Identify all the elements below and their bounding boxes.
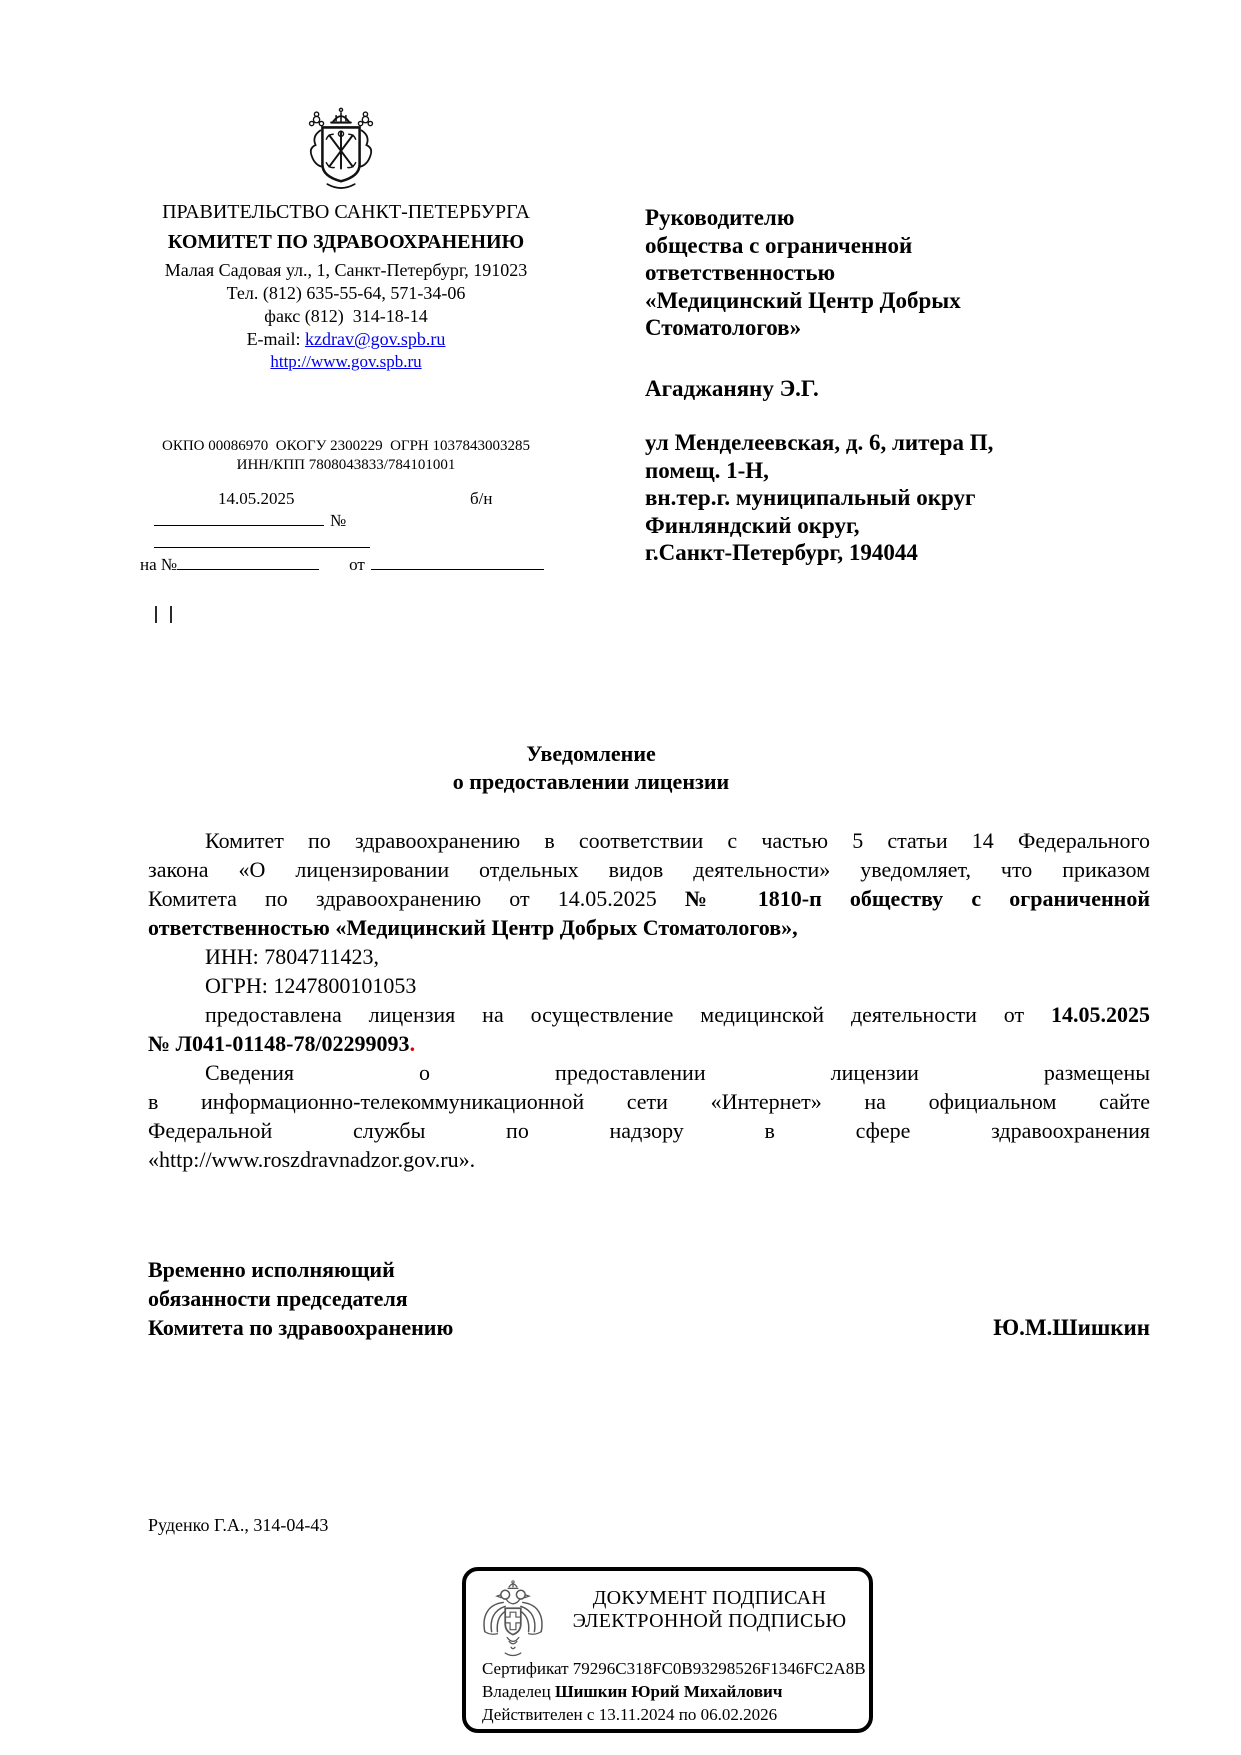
body-text-segment: предоставлена лицензия на осуществление … — [205, 1002, 1051, 1027]
letterhead-phone: Тел. (812) 635-55-64, 571-34-06 — [128, 283, 564, 304]
text-line: обязанности председателя — [148, 1284, 1150, 1313]
email-link[interactable]: kzdrav@gov.spb.ru — [305, 329, 445, 349]
addressee-org: Руководителюобщества с ограниченнойответ… — [645, 204, 1165, 342]
body-line: Комитета по здравоохранению от 14.05.202… — [148, 884, 1150, 913]
government-name: ПРАВИТЕЛЬСТВО САНКТ-ПЕТЕРБУРГА — [128, 201, 564, 224]
body-line: предоставлена лицензия на осуществление … — [148, 1000, 1150, 1029]
email-label: E-mail: — [247, 329, 305, 349]
text-line: г.Санкт-Петербург, 194044 — [645, 539, 1165, 567]
body-text-segment: в информационно-телекоммуникационной сет… — [148, 1089, 1150, 1114]
text-line: вн.тер.г. муниципальный округ — [645, 484, 1165, 512]
body-line: № Л041-01148-78/02299093. — [148, 1029, 1150, 1058]
blank-line — [177, 553, 319, 570]
spb-coat-of-arms-icon — [297, 98, 385, 196]
owner-value: Шишкин Юрий Михайлович — [555, 1682, 782, 1701]
document-title: Уведомление о предоставлении лицензии — [148, 740, 1034, 796]
text-line: Финляндский округ, — [645, 512, 1165, 540]
body-line: «http://www.roszdravnadzor.gov.ru». — [148, 1145, 1150, 1174]
stamp-title: ДОКУМЕНТ ПОДПИСАН ЭЛЕКТРОННОЙ ПОДПИСЬЮ — [558, 1587, 861, 1633]
body-line: в информационно-телекоммуникационной сет… — [148, 1087, 1150, 1116]
text-line: ответственностью — [645, 259, 1165, 287]
text-line: ул Менделеевская, д. 6, литера П, — [645, 429, 1165, 457]
addressee-block: Руководителюобщества с ограниченнойответ… — [645, 204, 1165, 567]
letterhead-email-line: E-mail: kzdrav@gov.spb.ru — [128, 329, 564, 350]
stamp-title-line1: ДОКУМЕНТ ПОДПИСАН — [558, 1587, 861, 1610]
website-link[interactable]: http://www.gov.spb.ru — [270, 352, 421, 371]
letterhead-fax: факс (812) 314-18-14 — [128, 306, 564, 327]
blank-line — [371, 553, 544, 570]
body-text-segment: закона «О лицензировании отдельных видов… — [148, 857, 1150, 882]
number-underline-row: № — [128, 509, 564, 531]
body-text-segment: ИНН: 7804711423, — [205, 944, 379, 969]
body-line: ИНН: 7804711423, — [148, 942, 1150, 971]
fold-mark — [170, 606, 172, 623]
title-line1: Уведомление — [148, 740, 1034, 768]
stamp-certificate: Сертификат 79296C318FC0B93298526F1346FC2… — [482, 1657, 861, 1680]
text-line: «Медицинский Центр Добрых — [645, 287, 1165, 315]
addressee-postal-address: ул Менделеевская, д. 6, литера П,помещ. … — [645, 429, 1165, 567]
stamp-details: Сертификат 79296C318FC0B93298526F1346FC2… — [482, 1657, 861, 1726]
reply-from-label: от — [349, 555, 365, 574]
body-line: закона «О лицензировании отдельных видов… — [148, 855, 1150, 884]
blank-line — [154, 531, 370, 548]
outgoing-date-row: 14.05.2025 б/н — [128, 489, 564, 509]
body-line: ответственностью «Медицинский Центр Добр… — [148, 913, 1150, 942]
fold-mark — [155, 606, 157, 623]
body-text-segment: 14.05.2025 — [1051, 1002, 1150, 1027]
body-line: ОГРН: 1247800101053 — [148, 971, 1150, 1000]
body-text-segment: Комитет по здравоохранению в соответстви… — [205, 828, 1150, 853]
reply-reference-row: на №от — [128, 553, 564, 575]
document-page: ПРАВИТЕЛЬСТВО САНКТ-ПЕТЕРБУРГА КОМИТЕТ П… — [0, 0, 1241, 1755]
body-text-segment: № Л041-01148-78/02299093 — [148, 1031, 410, 1056]
body-text-segment: № 1810-п обществу с ограниченной — [685, 886, 1150, 911]
owner-label: Владелец — [482, 1682, 555, 1701]
org-codes-line1: ОКПО 00086970 ОКОГУ 2300229 ОГРН 1037843… — [128, 438, 564, 455]
executor-contact: Руденко Г.А., 314-04-43 — [148, 1515, 328, 1536]
body-text-segment: Комитета по здравоохранению от 14.05.202… — [148, 886, 685, 911]
addressee-person: Агаджаняну Э.Г. — [645, 375, 1165, 403]
body-text-segment: ОГРН: 1247800101053 — [205, 973, 416, 998]
body-text-segment: Федеральной службы по надзору в сфере зд… — [148, 1118, 1150, 1143]
committee-name: КОМИТЕТ ПО ЗДРАВООХРАНЕНИЮ — [128, 231, 564, 254]
certificate-value: 79296C318FC0B93298526F1346FC2A8B — [573, 1659, 866, 1678]
text-line: Временно исполняющий — [148, 1255, 1150, 1284]
body-line: Сведения о предоставлении лицензии разме… — [148, 1058, 1150, 1087]
body-line: Комитет по здравоохранению в соответстви… — [148, 826, 1150, 855]
body-text-segment: . — [410, 1031, 416, 1056]
stamp-validity: Действителен с 13.11.2024 по 06.02.2026 — [482, 1703, 861, 1726]
certificate-label: Сертификат — [482, 1659, 573, 1678]
text-line: общества с ограниченной — [645, 232, 1165, 260]
outgoing-number: б/н — [470, 489, 492, 509]
electronic-signature-stamp: ДОКУМЕНТ ПОДПИСАН ЭЛЕКТРОННОЙ ПОДПИСЬЮ С… — [462, 1567, 873, 1733]
number-sign: № — [330, 511, 346, 530]
text-line: помещ. 1-Н, — [645, 457, 1165, 485]
blank-line — [154, 509, 324, 526]
title-line2: о предоставлении лицензии — [148, 768, 1034, 796]
document-body: Комитет по здравоохранению в соответстви… — [148, 826, 1150, 1174]
body-text-segment: «http://www.roszdravnadzor.gov.ru». — [148, 1147, 475, 1172]
body-line: Федеральной службы по надзору в сфере зд… — [148, 1116, 1150, 1145]
signer-name: Ю.М.Шишкин — [993, 1313, 1150, 1342]
text-line: Стоматологов» — [645, 314, 1165, 342]
letterhead-website-line: http://www.gov.spb.ru — [128, 352, 564, 372]
letterhead-address: Малая Садовая ул., 1, Санкт-Петербург, 1… — [128, 260, 564, 281]
body-text-segment: Сведения о предоставлении лицензии разме… — [205, 1060, 1150, 1085]
text-line: Руководителю — [645, 204, 1165, 232]
stamp-title-line2: ЭЛЕКТРОННОЙ ПОДПИСЬЮ — [558, 1610, 861, 1633]
reply-prefix: на № — [140, 555, 177, 574]
org-codes-line2: ИНН/КПП 7808043833/784101001 — [128, 457, 564, 474]
signature-block: Временно исполняющийобязанности председа… — [148, 1255, 1150, 1342]
roszdravnadzor-eagle-icon — [476, 1579, 550, 1659]
body-text-segment: ответственностью «Медицинский Центр Добр… — [148, 915, 798, 940]
stamp-owner: Владелец Шишкин Юрий Михайлович — [482, 1680, 861, 1703]
outgoing-date: 14.05.2025 — [218, 489, 295, 509]
